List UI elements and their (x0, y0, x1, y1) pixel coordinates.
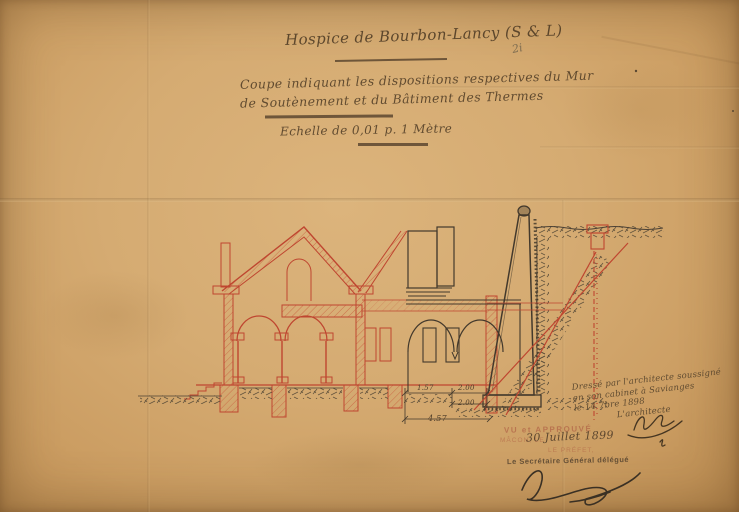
dimension-label: 1.57 (417, 384, 434, 392)
architect-signature (620, 402, 710, 447)
dimension-lines (402, 388, 493, 424)
dimension-label: 2.00 (458, 399, 475, 407)
stamp-line-prefet: LE PRÉFET, (548, 447, 594, 454)
prefect-signature (510, 460, 650, 510)
stamp-line-vu-approuve: VU et APPROUVÉ (504, 424, 592, 435)
stamp-line-macon-le: MÂCON, LE (500, 437, 545, 444)
dimension-label: 2.00 (458, 384, 475, 392)
scale-underline (358, 143, 428, 146)
dimension-label: 4.57 (428, 414, 447, 423)
ink-specks (635, 70, 734, 112)
